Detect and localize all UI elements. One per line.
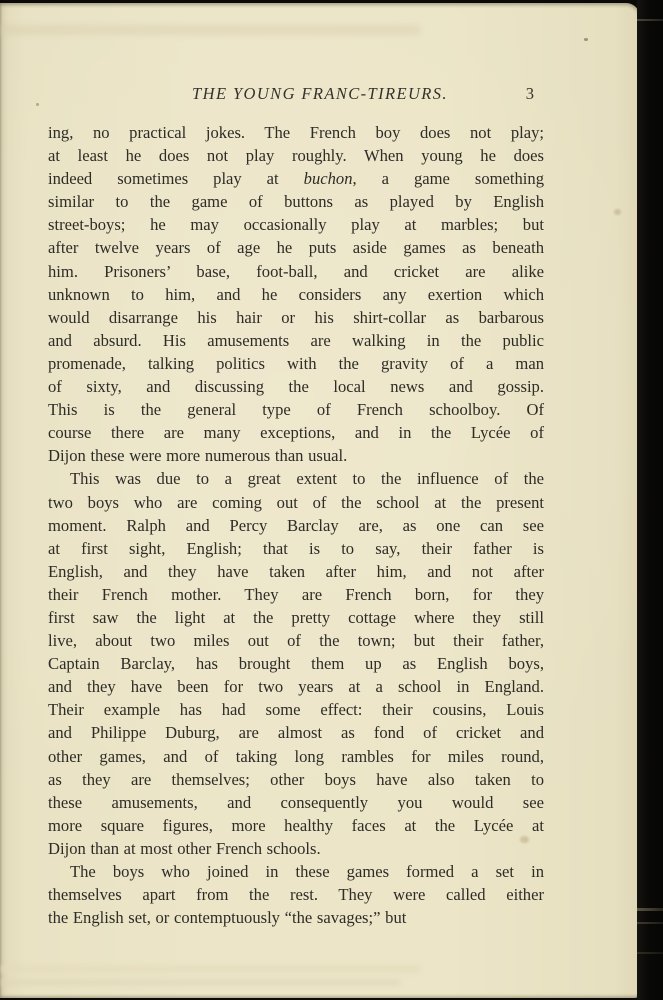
text-line: and Philippe Duburg, are almost as fond … <box>48 721 544 744</box>
page-edge-highlight <box>637 19 663 21</box>
paper-speck <box>614 209 621 215</box>
scan-artifact-band <box>0 965 420 973</box>
text-line: at least he does not play roughly. When … <box>48 144 544 167</box>
text-line: and they have been for two years at a sc… <box>48 675 544 698</box>
scan-artifact-band <box>0 979 400 986</box>
text-line: him. Prisoners’ base, foot-ball, and cri… <box>48 260 544 283</box>
text-line: and absurd. His amusements are walking i… <box>48 329 544 352</box>
text-line: indeed sometimes play at buchon, a game … <box>48 167 544 190</box>
running-head: THE YOUNG FRANC-TIREURS. 3 <box>0 84 640 106</box>
page-edge-highlight <box>637 922 663 924</box>
text-line: two boys who are coming out of the schoo… <box>48 491 544 514</box>
text-line: at first sight, English; that is to say,… <box>48 537 544 560</box>
text-line: English, and they have taken after him, … <box>48 560 544 583</box>
text-line: more square figures, more healthy faces … <box>48 814 544 837</box>
paper-speck <box>584 38 588 41</box>
text-line: these amusements, and consequently you w… <box>48 791 544 814</box>
text-line: other games, and of taking long rambles … <box>48 745 544 768</box>
text-line: course there are many exceptions, and in… <box>48 421 544 444</box>
text-line: live, about two miles out of the town; b… <box>48 629 544 652</box>
text-line: ing, no practical jokes. The French boy … <box>48 121 544 144</box>
book-gutter-shadow <box>637 0 663 1000</box>
text-line: of sixty, and discussing the local news … <box>48 375 544 398</box>
text-line: The boys who joined in these games forme… <box>48 860 544 883</box>
text-line: This was due to a great extent to the in… <box>48 467 544 490</box>
text-line: Their example has had some effect: their… <box>48 698 544 721</box>
text-line: first saw the light at the pretty cottag… <box>48 606 544 629</box>
body-text: ing, no practical jokes. The French boy … <box>48 121 544 929</box>
page-edge-highlight <box>637 908 663 911</box>
book-scan: THE YOUNG FRANC-TIREURS. 3 ing, no pract… <box>0 0 663 1000</box>
text-line: street-boys; he may occasionally play at… <box>48 213 544 236</box>
text-line: the English set, or contemptuously “the … <box>48 906 544 929</box>
text-line: themselves apart from the rest. They wer… <box>48 883 544 906</box>
text-line: moment. Ralph and Percy Barclay are, as … <box>48 514 544 537</box>
running-title: THE YOUNG FRANC-TIREURS. <box>192 84 448 104</box>
text-line: their French mother. They are French bor… <box>48 583 544 606</box>
text-line: Captain Barclay, has brought them up as … <box>48 652 544 675</box>
scan-artifact-band <box>0 25 420 35</box>
text-line: as they are themselves; other boys have … <box>48 768 544 791</box>
text-line: similar to the game of buttons as played… <box>48 190 544 213</box>
text-line: unknown to him, and he considers any exe… <box>48 283 544 306</box>
page-number: 3 <box>526 84 534 104</box>
text-line: after twelve years of age he puts aside … <box>48 236 544 259</box>
text-line: would disarrange his hair or his shirt-c… <box>48 306 544 329</box>
text-line: Dijon than at most other French schools. <box>48 837 544 860</box>
text-line: This is the general type of French schoo… <box>48 398 544 421</box>
page-edge-highlight <box>637 952 663 954</box>
text-line: promenade, talking politics with the gra… <box>48 352 544 375</box>
book-page: THE YOUNG FRANC-TIREURS. 3 ing, no pract… <box>0 3 640 998</box>
text-line: Dijon these were more numerous than usua… <box>48 444 544 467</box>
